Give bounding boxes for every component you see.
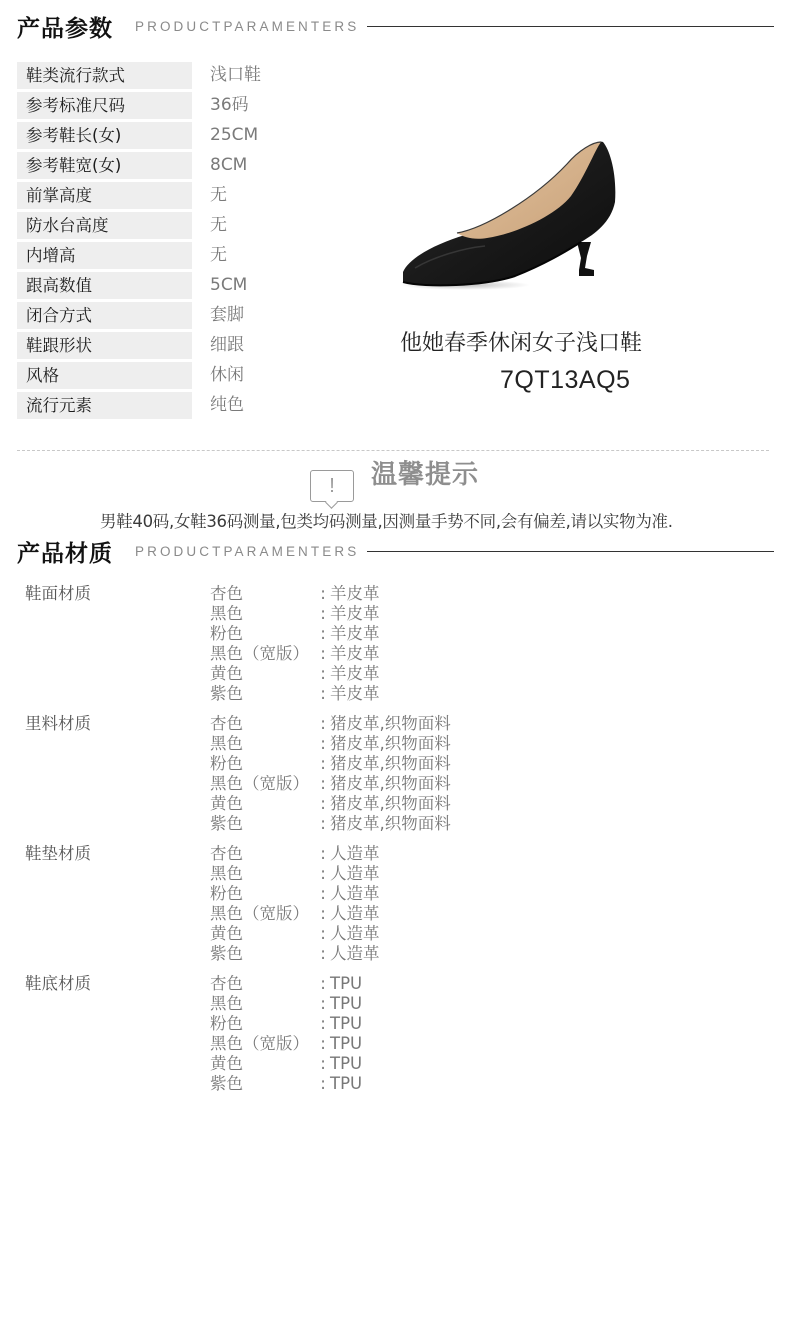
- separator: :: [316, 1074, 330, 1094]
- material-line: 紫色:人造革: [210, 944, 380, 964]
- material-color: 黑色: [210, 864, 316, 884]
- param-key: 前掌高度: [17, 182, 192, 209]
- material-line: 黄色:人造革: [210, 924, 380, 944]
- param-value: 8CM: [210, 152, 247, 179]
- product-code: 7QT13AQ5: [500, 366, 630, 395]
- materials-list: 鞋面材质 杏色:羊皮革 黑色:羊皮革 粉色:羊皮革 黑色（宽版）:羊皮革 黄色:…: [0, 584, 790, 1104]
- separator: :: [316, 1034, 330, 1054]
- material-color: 黑色: [210, 604, 316, 624]
- material-value: 羊皮革: [330, 604, 380, 624]
- param-row: 鞋跟形状细跟: [17, 330, 317, 360]
- separator: :: [316, 774, 330, 794]
- material-color: 粉色: [210, 624, 316, 644]
- param-row: 风格休闲: [17, 360, 317, 390]
- params-section-header: 产品参数 PRODUCTPARAMENTERS: [17, 9, 774, 43]
- material-line: 黄色:猪皮革,织物面料: [210, 794, 451, 814]
- separator: :: [316, 604, 330, 624]
- material-color: 黑色（宽版）: [210, 904, 316, 924]
- param-row: 参考标准尺码36码: [17, 90, 317, 120]
- material-line: 粉色:猪皮革,织物面料: [210, 754, 451, 774]
- material-color: 粉色: [210, 754, 316, 774]
- material-lines: 杏色:TPU 黑色:TPU 粉色:TPU 黑色（宽版）:TPU 黄色:TPU 紫…: [210, 974, 362, 1094]
- material-value: TPU: [330, 1014, 362, 1034]
- material-line: 杏色:人造革: [210, 844, 380, 864]
- param-row: 参考鞋长(女)25CM: [17, 120, 317, 150]
- param-key: 内增高: [17, 242, 192, 269]
- material-lines: 杏色:羊皮革 黑色:羊皮革 粉色:羊皮革 黑色（宽版）:羊皮革 黄色:羊皮革 紫…: [210, 584, 380, 704]
- material-group: 鞋面材质 杏色:羊皮革 黑色:羊皮革 粉色:羊皮革 黑色（宽版）:羊皮革 黄色:…: [0, 584, 790, 714]
- param-value: 5CM: [210, 272, 247, 299]
- separator: :: [316, 904, 330, 924]
- material-label: 鞋底材质: [25, 974, 91, 994]
- separator: :: [316, 684, 330, 704]
- material-value: 猪皮革,织物面料: [330, 814, 451, 834]
- separator: :: [316, 1014, 330, 1034]
- params-section-title: 产品参数: [17, 10, 113, 43]
- dashed-divider: [17, 450, 769, 451]
- materials-section-title: 产品材质: [17, 535, 113, 568]
- material-value: 猪皮革,织物面料: [330, 774, 451, 794]
- material-line: 粉色:人造革: [210, 884, 380, 904]
- material-color: 紫色: [210, 944, 316, 964]
- material-line: 黄色:TPU: [210, 1054, 362, 1074]
- material-color: 粉色: [210, 1014, 316, 1034]
- material-line: 紫色:猪皮革,织物面料: [210, 814, 451, 834]
- product-name: 他她春季休闲女子浅口鞋: [400, 326, 642, 357]
- param-key: 跟高数值: [17, 272, 192, 299]
- separator: :: [316, 884, 330, 904]
- param-value: 无: [210, 242, 227, 269]
- material-line: 粉色:TPU: [210, 1014, 362, 1034]
- material-label: 鞋面材质: [25, 584, 91, 604]
- param-key: 防水台高度: [17, 212, 192, 239]
- param-row: 参考鞋宽(女)8CM: [17, 150, 317, 180]
- param-row: 内增高无: [17, 240, 317, 270]
- param-row: 闭合方式套脚: [17, 300, 317, 330]
- material-value: 猪皮革,织物面料: [330, 754, 451, 774]
- shoe-illustration-icon: [395, 130, 625, 295]
- material-value: 猪皮革,织物面料: [330, 734, 451, 754]
- material-value: TPU: [330, 1034, 362, 1054]
- material-line: 杏色:TPU: [210, 974, 362, 994]
- material-line: 黄色:羊皮革: [210, 664, 380, 684]
- material-color: 杏色: [210, 584, 316, 604]
- params-table: 鞋类流行款式浅口鞋 参考标准尺码36码 参考鞋长(女)25CM 参考鞋宽(女)8…: [17, 60, 317, 420]
- separator: :: [316, 754, 330, 774]
- material-value: TPU: [330, 974, 362, 994]
- material-value: 羊皮革: [330, 664, 380, 684]
- param-value: 浅口鞋: [210, 62, 261, 89]
- separator: :: [316, 794, 330, 814]
- material-line: 黑色（宽版）:人造革: [210, 904, 380, 924]
- material-color: 黑色（宽版）: [210, 644, 316, 664]
- material-value: 人造革: [330, 904, 380, 924]
- material-value: 人造革: [330, 864, 380, 884]
- separator: :: [316, 844, 330, 864]
- separator: :: [316, 814, 330, 834]
- separator: :: [316, 714, 330, 734]
- param-key: 鞋类流行款式: [17, 62, 192, 89]
- tip-text: 男鞋40码,女鞋36码测量,包类均码测量,因测量手势不同,会有偏差,请以实物为准…: [100, 508, 673, 532]
- material-label: 鞋垫材质: [25, 844, 91, 864]
- material-value: TPU: [330, 1074, 362, 1094]
- material-value: TPU: [330, 994, 362, 1014]
- material-color: 黑色（宽版）: [210, 774, 316, 794]
- material-value: 人造革: [330, 884, 380, 904]
- material-line: 紫色:羊皮革: [210, 684, 380, 704]
- param-value: 细跟: [210, 332, 244, 359]
- param-key: 参考鞋宽(女): [17, 152, 192, 179]
- material-color: 黑色: [210, 734, 316, 754]
- param-key: 参考鞋长(女): [17, 122, 192, 149]
- material-color: 黄色: [210, 924, 316, 944]
- material-group: 鞋底材质 杏色:TPU 黑色:TPU 粉色:TPU 黑色（宽版）:TPU 黄色:…: [0, 974, 790, 1104]
- product-image: [395, 130, 625, 295]
- material-value: 羊皮革: [330, 624, 380, 644]
- material-value: 人造革: [330, 944, 380, 964]
- exclamation-bubble-icon: !: [310, 470, 354, 502]
- separator: :: [316, 644, 330, 664]
- material-color: 紫色: [210, 814, 316, 834]
- materials-section-header: 产品材质 PRODUCTPARAMENTERS: [17, 534, 774, 568]
- param-key: 闭合方式: [17, 302, 192, 329]
- material-line: 黑色:人造革: [210, 864, 380, 884]
- material-value: 人造革: [330, 844, 380, 864]
- material-line: 杏色:羊皮革: [210, 584, 380, 604]
- separator: :: [316, 994, 330, 1014]
- section-divider-line: [367, 551, 774, 552]
- material-value: 猪皮革,织物面料: [330, 794, 451, 814]
- param-value: 36码: [210, 92, 249, 119]
- separator: :: [316, 734, 330, 754]
- param-row: 流行元素纯色: [17, 390, 317, 420]
- material-color: 黄色: [210, 794, 316, 814]
- separator: :: [316, 664, 330, 684]
- materials-section-subtitle: PRODUCTPARAMENTERS: [135, 544, 359, 559]
- material-lines: 杏色:猪皮革,织物面料 黑色:猪皮革,织物面料 粉色:猪皮革,织物面料 黑色（宽…: [210, 714, 451, 834]
- material-line: 粉色:羊皮革: [210, 624, 380, 644]
- param-value: 无: [210, 212, 227, 239]
- param-row: 防水台高度无: [17, 210, 317, 240]
- separator: :: [316, 864, 330, 884]
- tip-title: 温馨提示: [371, 454, 479, 491]
- material-color: 紫色: [210, 684, 316, 704]
- param-key: 风格: [17, 362, 192, 389]
- separator: :: [316, 624, 330, 644]
- param-row: 跟高数值5CM: [17, 270, 317, 300]
- material-line: 黑色:羊皮革: [210, 604, 380, 624]
- material-value: 人造革: [330, 924, 380, 944]
- material-value: 羊皮革: [330, 584, 380, 604]
- param-row: 前掌高度无: [17, 180, 317, 210]
- material-color: 黑色（宽版）: [210, 1034, 316, 1054]
- material-group: 里料材质 杏色:猪皮革,织物面料 黑色:猪皮革,织物面料 粉色:猪皮革,织物面料…: [0, 714, 790, 844]
- material-color: 杏色: [210, 974, 316, 994]
- separator: :: [316, 924, 330, 944]
- separator: :: [316, 584, 330, 604]
- material-group: 鞋垫材质 杏色:人造革 黑色:人造革 粉色:人造革 黑色（宽版）:人造革 黄色:…: [0, 844, 790, 974]
- material-value: 羊皮革: [330, 644, 380, 664]
- param-key: 流行元素: [17, 392, 192, 419]
- material-lines: 杏色:人造革 黑色:人造革 粉色:人造革 黑色（宽版）:人造革 黄色:人造革 紫…: [210, 844, 380, 964]
- param-value: 休闲: [210, 362, 244, 389]
- params-section-subtitle: PRODUCTPARAMENTERS: [135, 19, 359, 34]
- material-color: 粉色: [210, 884, 316, 904]
- material-line: 黑色（宽版）:猪皮革,织物面料: [210, 774, 451, 794]
- material-label: 里料材质: [25, 714, 91, 734]
- material-value: TPU: [330, 1054, 362, 1074]
- separator: :: [316, 1054, 330, 1074]
- material-value: 猪皮革,织物面料: [330, 714, 451, 734]
- param-key: 鞋跟形状: [17, 332, 192, 359]
- param-value: 纯色: [210, 392, 244, 419]
- param-value: 无: [210, 182, 227, 209]
- material-line: 黑色:猪皮革,织物面料: [210, 734, 451, 754]
- material-line: 黑色（宽版）:TPU: [210, 1034, 362, 1054]
- material-color: 紫色: [210, 1074, 316, 1094]
- material-color: 黑色: [210, 994, 316, 1014]
- material-color: 杏色: [210, 714, 316, 734]
- material-color: 杏色: [210, 844, 316, 864]
- param-value: 25CM: [210, 122, 258, 149]
- section-divider-line: [367, 26, 774, 27]
- param-key: 参考标准尺码: [17, 92, 192, 119]
- exclamation-mark: !: [311, 474, 353, 498]
- separator: :: [316, 974, 330, 994]
- material-color: 黄色: [210, 1054, 316, 1074]
- param-value: 套脚: [210, 302, 244, 329]
- material-value: 羊皮革: [330, 684, 380, 704]
- separator: :: [316, 944, 330, 964]
- material-line: 紫色:TPU: [210, 1074, 362, 1094]
- param-row: 鞋类流行款式浅口鞋: [17, 60, 317, 90]
- material-color: 黄色: [210, 664, 316, 684]
- material-line: 黑色:TPU: [210, 994, 362, 1014]
- material-line: 黑色（宽版）:羊皮革: [210, 644, 380, 664]
- material-line: 杏色:猪皮革,织物面料: [210, 714, 451, 734]
